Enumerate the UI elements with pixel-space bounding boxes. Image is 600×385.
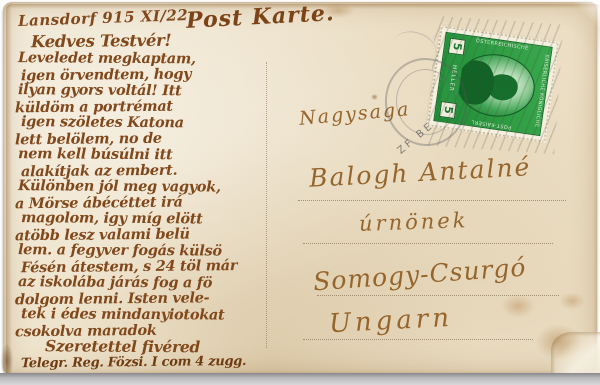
center-divider-line <box>266 62 267 348</box>
address-rule-line <box>298 200 566 201</box>
address-place: Somogy-Csurgó <box>312 253 527 297</box>
stain-spot <box>371 94 378 100</box>
handwritten-dateline: Lansdorf 915 XI/22 <box>18 6 189 30</box>
postcard-back: Lansdorf 915 XI/22 Post Karte. Kedves Te… <box>3 2 597 374</box>
stain-spot <box>321 3 355 18</box>
message-column: Kedves Testvér! Leveledet megkaptam, ige… <box>15 33 267 371</box>
corner-crease <box>546 2 600 64</box>
address-rule-line <box>303 339 533 340</box>
corner-wear <box>551 332 600 376</box>
address-country: Ungarn <box>328 303 453 339</box>
scanner-background-strip <box>0 373 600 385</box>
stain-spot <box>559 292 585 310</box>
card-left-edge-shading <box>6 4 12 376</box>
address-recipient-title: úrnönek <box>359 208 469 236</box>
address-recipient-name: Balogh Antalné <box>308 152 532 193</box>
message-salutation: Kedves Testvér! <box>31 32 267 50</box>
message-unit-line: Telegr. Reg. Fözsi. I com 4 zugg. <box>21 354 267 373</box>
address-rule-line <box>303 243 553 244</box>
stain-spot <box>501 294 535 318</box>
